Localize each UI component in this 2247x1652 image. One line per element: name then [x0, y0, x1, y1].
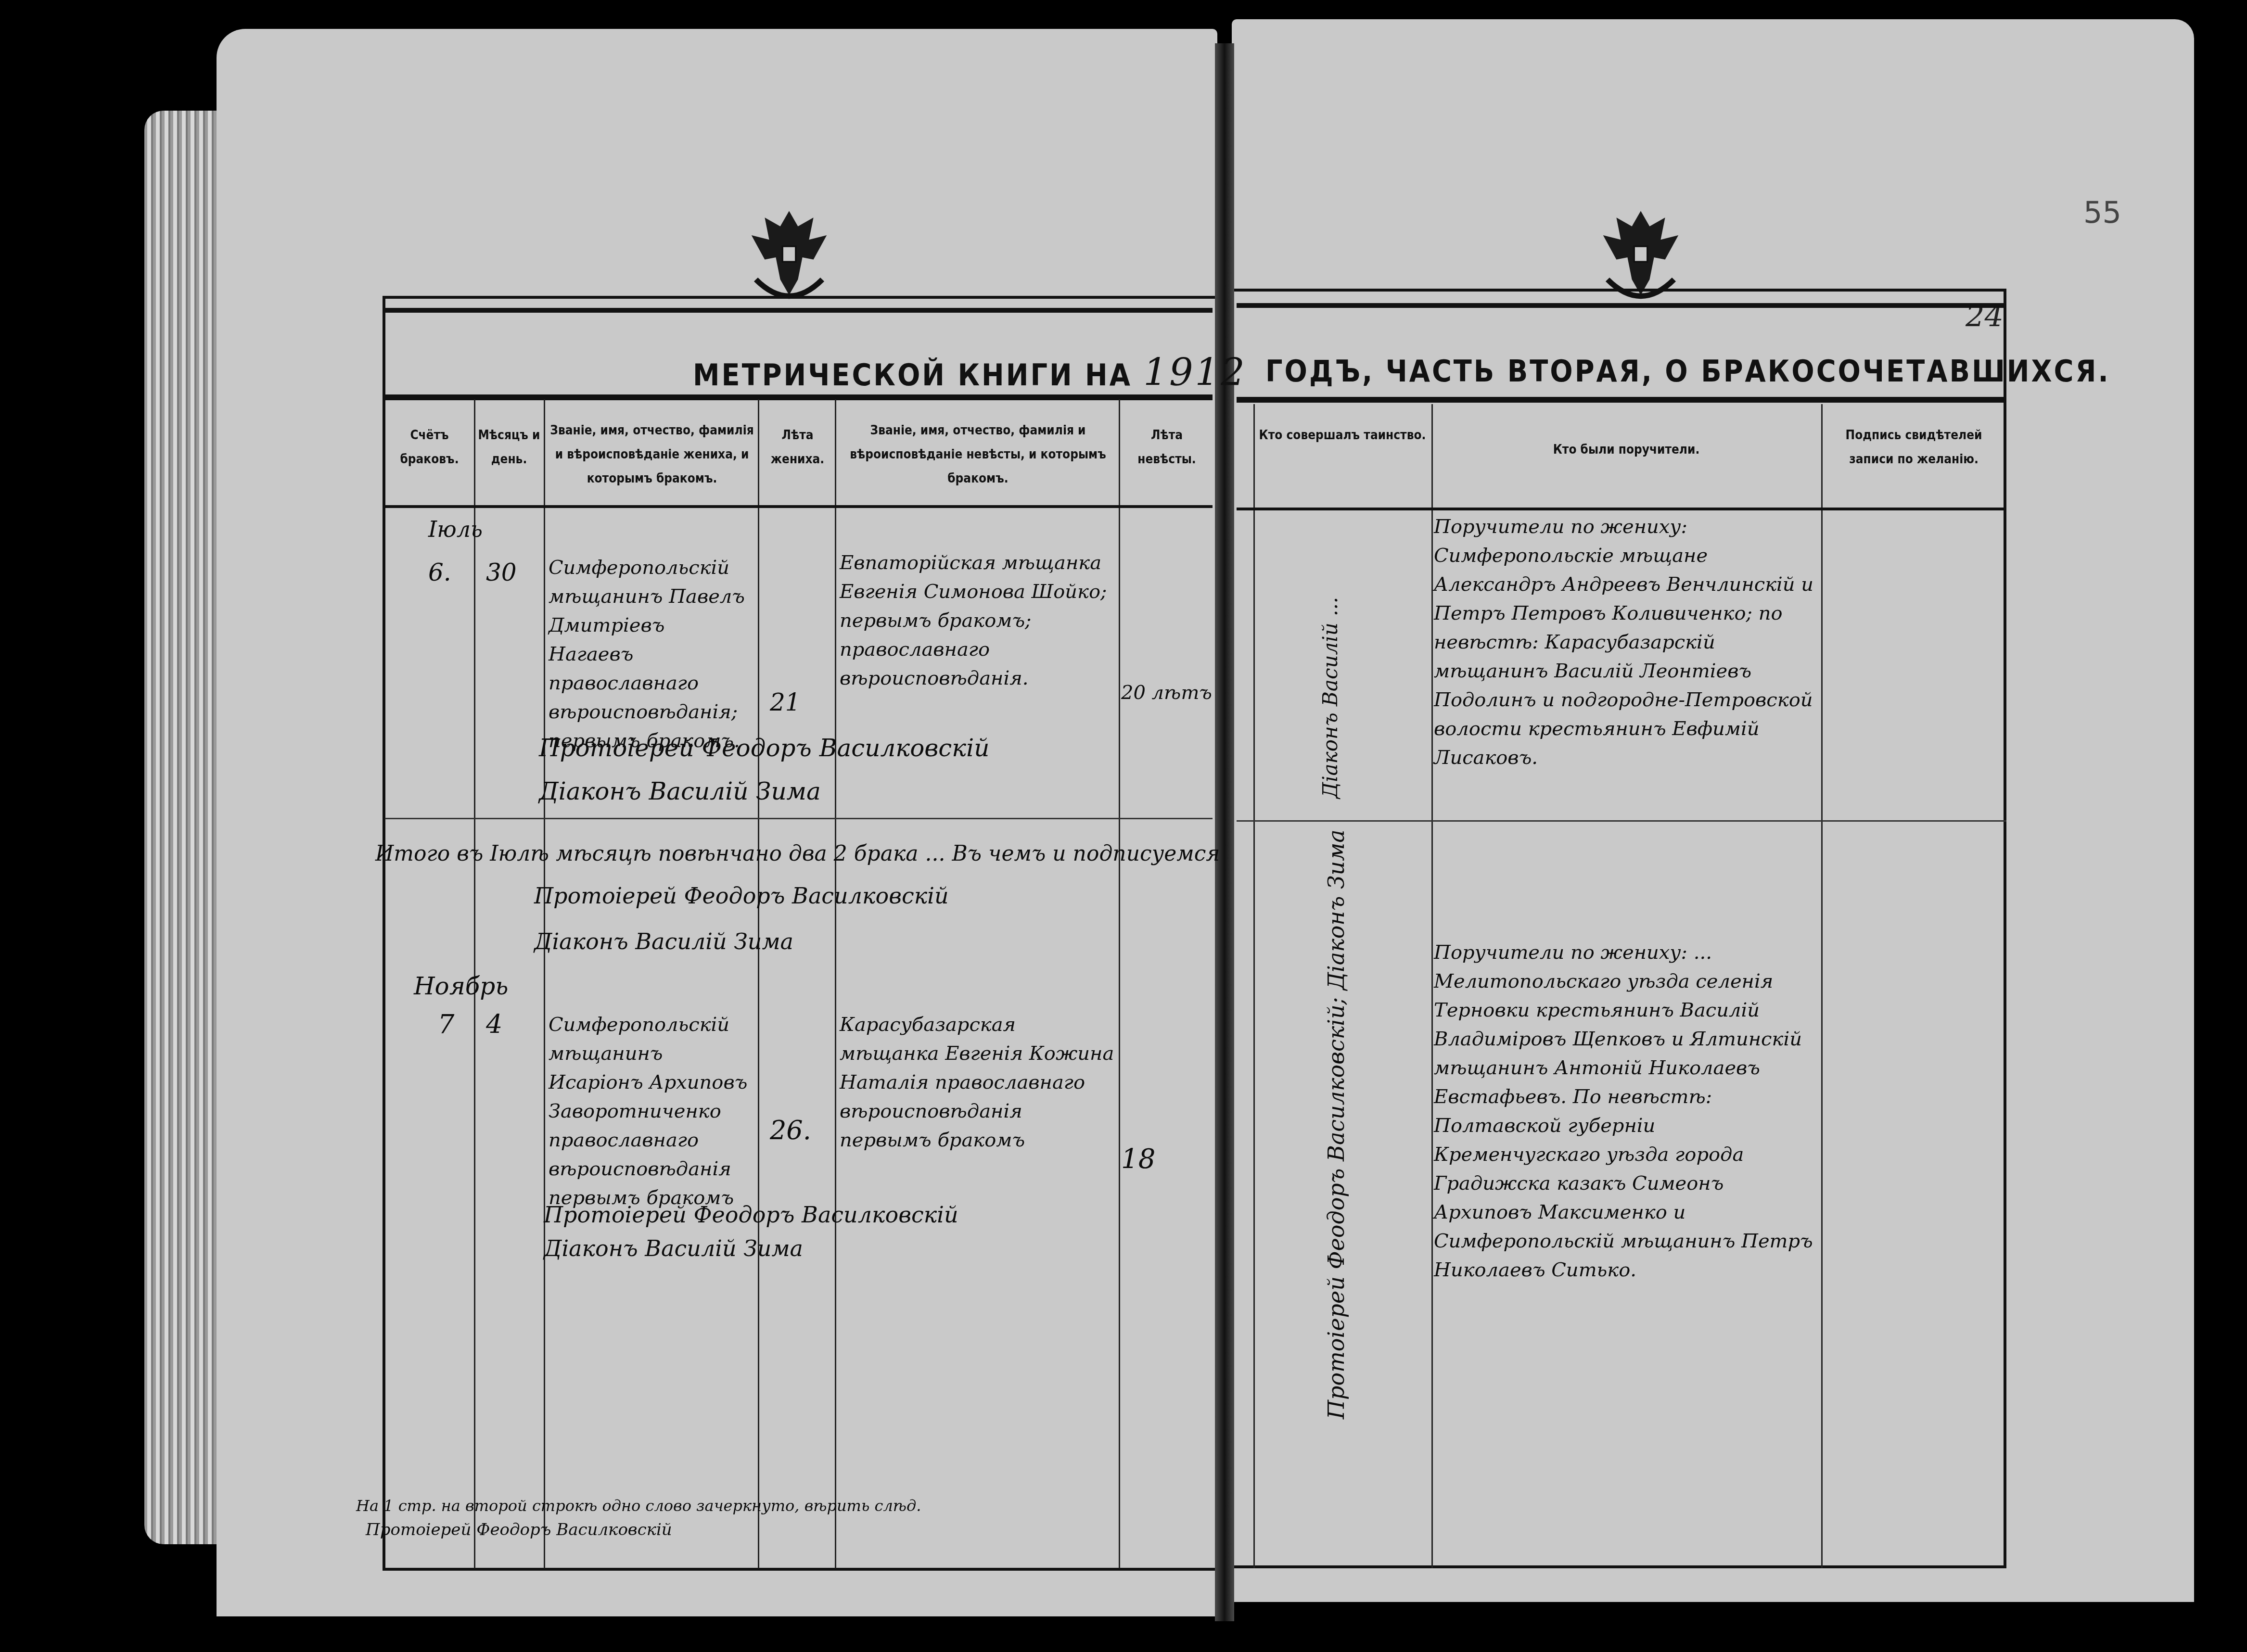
record-1-day: 30	[486, 558, 517, 587]
archive-pencil-number: 55	[2083, 195, 2121, 230]
record-2-groom-age: 26.	[770, 1116, 811, 1145]
header-sureties: Кто были поручители.	[1434, 438, 1819, 462]
header-date: Мѣсяцъ и день.	[475, 423, 543, 471]
column-divider	[1431, 404, 1433, 1568]
summary-rule-right	[1237, 820, 2006, 822]
record-1-bride-age: 20 лѣтъ	[1121, 678, 1212, 707]
header-groom: Званіе, имя, отчество, фамилія и вѣроисп…	[546, 419, 758, 491]
record-2-month: Ноябрь	[414, 972, 509, 1001]
header-witness-signatures: Подпись свидѣтелей записи по желанію.	[1824, 423, 2004, 471]
title-right: ГОДЪ, ЧАСТЬ ВТОРАЯ, О БРАКОСОЧЕТАВШИХСЯ.	[1265, 354, 2110, 389]
header-officiant: Кто совершалъ таинство.	[1256, 423, 1429, 447]
record-1-officiant: Діаконъ Василій ...	[1318, 597, 1342, 799]
title-left-text: МЕТРИЧЕСКОЙ КНИГИ НА	[693, 357, 1132, 393]
record-2-day: 4	[486, 1010, 502, 1039]
column-divider	[1119, 399, 1120, 1568]
summary-text: Итого въ Іюлѣ мѣсяцѣ повѣнчано два 2 бра…	[375, 839, 1220, 868]
record-1-count: 6.	[428, 558, 451, 587]
column-divider	[1253, 404, 1255, 1568]
header-bride-age: Лѣта невѣсты.	[1121, 423, 1213, 471]
title-rule-top-right	[1237, 303, 2006, 308]
footnote-line-1: На 1 стр. на второй строкѣ одно слово за…	[356, 1496, 921, 1515]
record-2-sureties: Поручители по жениху: ... Мелитопольскаг…	[1434, 938, 1819, 1284]
record-1-bride: Евпаторійская мѣщанка Евгенія Симонова Ш…	[840, 548, 1116, 693]
record-2-groom: Симферопольскій мѣщанинъ Исаріонъ Архипо…	[549, 1010, 755, 1212]
header-groom-age: Лѣта жениха.	[760, 423, 835, 471]
title-left: МЕТРИЧЕСКОЙ КНИГИ НА 1912	[693, 351, 1247, 394]
title-rule-top-left	[385, 308, 1213, 313]
record-2-signatures: Протоіерей Феодоръ Василковскій Діаконъ …	[544, 1198, 958, 1265]
record-2-count: 7	[438, 1010, 454, 1039]
summary-signatures: Протоіерей Феодоръ Василковскій Діаконъ …	[534, 873, 949, 965]
header-rule-right	[1237, 508, 2006, 510]
record-1-groom: Симферопольскій мѣщанинъ Павелъ Дмитріев…	[549, 553, 755, 755]
header-rule-left	[385, 505, 1213, 508]
book-spine-gutter	[1215, 43, 1234, 1621]
title-rule-bottom-left	[385, 394, 1213, 400]
footnote-line-2: Протоіерей Феодоръ Василковскій	[366, 1520, 672, 1539]
column-divider	[544, 399, 545, 1568]
record-1-signatures: Протоіерей Феодоръ Василковскій Діаконъ …	[539, 726, 989, 813]
record-1-groom-age: 21	[770, 688, 801, 717]
header-bride: Званіе, имя, отчество, фамилія и вѣроисп…	[837, 419, 1119, 491]
record-1-month: Іюль	[428, 515, 483, 544]
year-handwritten: 1912	[1143, 351, 1247, 394]
record-2-officiant: Протоіерей Феодоръ Василковскій; Діаконъ…	[1323, 829, 1349, 1419]
record-2-bride-age: 18	[1121, 1145, 1155, 1174]
table-frame-right	[1234, 289, 2006, 1568]
title-rule-bottom-right	[1237, 397, 2006, 403]
record-2-bride: Карасубазарская мѣщанка Евгенія Кожина Н…	[840, 1010, 1116, 1155]
column-divider	[835, 399, 836, 1568]
column-divider	[1821, 404, 1823, 1568]
column-divider	[758, 399, 759, 1568]
record-1-sureties: Поручители по жениху: Симферопольскіе мѣ…	[1434, 512, 1819, 772]
header-count: Счётъ браковъ.	[385, 423, 474, 471]
summary-rule-left	[385, 818, 1213, 819]
